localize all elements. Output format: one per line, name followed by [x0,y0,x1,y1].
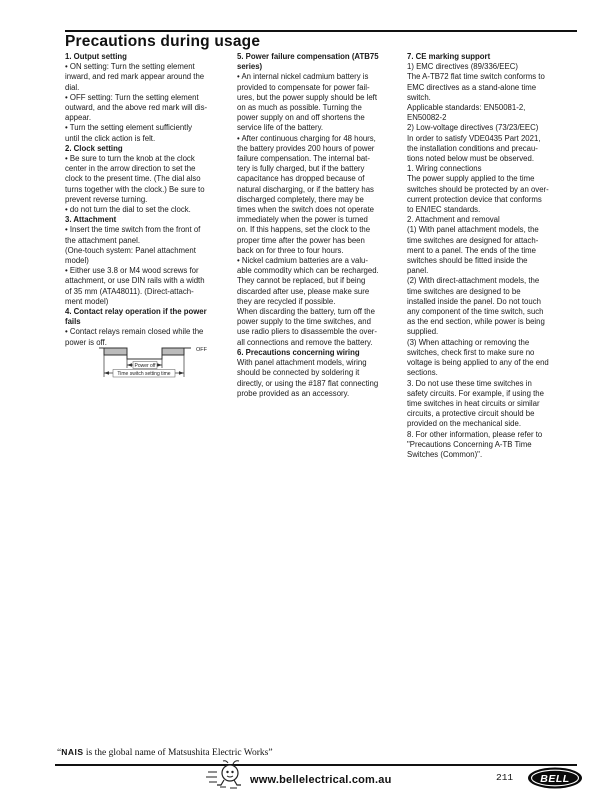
bell-logo-text: BELL [540,773,569,785]
paragraph: • Either use 3.8 or M4 wood screws for a… [65,266,235,307]
paragraph: • Turn the setting element sufficiently … [65,123,235,143]
paragraph: 1) EMC directives (89/336/EEC) The A-TB7… [407,62,577,460]
paragraph: • Be sure to turn the knob at the clock … [65,154,235,205]
waveform-on-block-right [162,348,184,355]
paragraph: • Nickel cadmium batteries are a valu- a… [237,256,407,348]
footer-divider [55,764,577,766]
section-heading: 2. Clock setting [65,144,235,154]
setting-time-label: Time switch setting time [117,371,170,377]
nais-tagline-text: is the global name of Matsushita Electri… [84,748,273,758]
column-3: 7. CE marking support 1) EMC directives … [407,52,577,460]
power-off-label: Power off [134,363,156,369]
arrowhead-left-icon [127,363,132,366]
section-heading: 1. Output setting [65,52,235,62]
section-heading: 5. Power failure compensation (ATB75 ser… [237,52,407,72]
waveform-on-block-left [104,348,127,355]
waveform-off-level-line [127,355,162,359]
paragraph: • OFF setting: Turn the setting element … [65,93,235,124]
bell-logo: BELL [527,767,583,789]
nais-brand: NAIS [61,747,83,757]
section-heading: 4. Contact relay operation if the power … [65,307,235,327]
section-heading: 7. CE marking support [407,52,577,62]
column-1: 1. Output setting • ON setting: Turn the… [65,52,235,348]
nais-tagline: “NAIS is the global name of Matsushita E… [57,747,273,758]
document-page: Precautions during usage 1. Output setti… [0,0,612,792]
paragraph: • An internal nickel cadmium battery is … [237,72,407,133]
page-number: 211 [496,772,513,783]
top-divider [65,30,577,32]
arrowhead-right-icon [157,363,162,366]
off-level-label: OFF [196,347,208,353]
running-mascot-icon [206,760,248,791]
column-2: 5. Power failure compensation (ATB75 ser… [237,52,407,399]
website-url: www.bellelectrical.com.au [250,774,392,786]
paragraph: • ON setting: Turn the setting element i… [65,62,235,93]
section-heading: 6. Precautions concerning wiring [237,348,407,358]
paragraph: With panel attachment models, wiring sho… [237,358,407,399]
arrowhead-right-icon [179,371,184,374]
page-title: Precautions during usage [65,33,260,51]
section-heading: 3. Attachment [65,215,235,225]
paragraph: • Insert the time switch from the front … [65,225,235,266]
paragraph: • do not turn the dial to set the clock. [65,205,235,215]
arrowhead-left-icon [104,371,109,374]
power-failure-timing-diagram: OFF Power off Time switch setting time [98,344,233,394]
paragraph: • After continuous charging for 48 hours… [237,134,407,256]
